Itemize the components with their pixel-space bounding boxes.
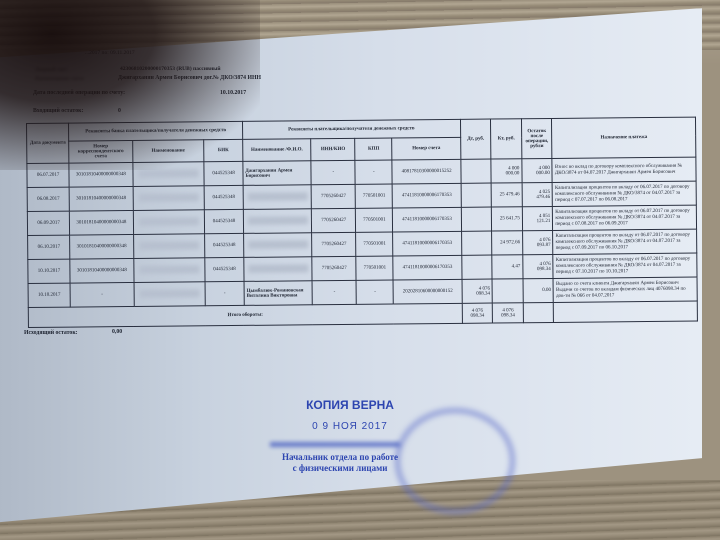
redacted-text — [138, 169, 198, 178]
cell-kpp: 770501001 — [355, 184, 392, 208]
cell-credit: 25 479.46 — [491, 183, 522, 207]
cell-bik: 044525348 — [204, 185, 243, 209]
stamp-signature-name-redacted — [270, 442, 400, 447]
cell-debit: 4 076 098.34 — [462, 279, 493, 303]
cell-purpose: Капитализация процентов по вкладу от 06.… — [553, 205, 697, 230]
cell-purpose: Капитализация процентов по вкладу от 06.… — [553, 229, 697, 254]
col-bank-name: Наименование — [132, 140, 204, 163]
last-operation-label: Дата последней операции по счету: — [33, 90, 125, 96]
stamp-title: КОПИЯ ВЕРНА — [290, 398, 410, 412]
account-name-label: Наименование счета: — [35, 76, 85, 82]
cell-credit: 25 641.75 — [492, 207, 523, 231]
last-operation-value: 10.10.2017 — [220, 90, 246, 96]
cell-balance: 4 025 479.46 — [522, 182, 553, 206]
col-date: Дата документа — [27, 123, 70, 163]
opening-balance-label: Входящий остаток: — [33, 108, 83, 114]
cell-payer-name — [244, 233, 313, 258]
cell-balance: 0.00 — [523, 278, 554, 302]
col-group-payer: Реквизиты плательщика/получателя денежны… — [242, 119, 460, 139]
cell-purpose: Взнос во вклад по договору комплексного … — [552, 157, 696, 182]
redacted-text — [139, 265, 199, 274]
cell-debit — [461, 231, 492, 255]
cell-date: 06.10.2017 — [28, 235, 70, 259]
cell-date: 06.09.2017 — [27, 211, 69, 235]
col-kpp: КПП — [355, 138, 392, 160]
cell-debit — [461, 183, 492, 207]
cell-bik: 044525348 — [205, 257, 244, 281]
totals-credit: 4 076 098.34 — [493, 303, 524, 323]
redacted-text — [248, 264, 308, 273]
totals-debit: 4 076 098.34 — [462, 303, 493, 323]
totals-label: Итого обороты: — [28, 303, 462, 327]
cell-kpp: - — [355, 160, 392, 184]
cell-credit — [492, 279, 523, 303]
cell-account: 47411810000006170353 — [393, 231, 462, 256]
col-bik: БИК — [204, 139, 243, 161]
bank-statement: ...2017 по: 09.11.2017 Лицевой счет: 423… — [0, 0, 720, 540]
redacted-text — [247, 192, 307, 201]
period-line: ...2017 по: 09.11.2017 — [85, 50, 135, 56]
round-seal — [395, 408, 515, 514]
cell-corr-account: 30101810400000000348 — [70, 210, 134, 235]
cell-payer-name: Цымбалюк-Романовская Виталина Викторовна — [244, 281, 313, 306]
cell-payer-name: Джигарханян Армен Борисович — [243, 161, 312, 186]
col-group-bank: Реквизиты банка плательщика/получателя д… — [69, 121, 243, 141]
redacted-text — [139, 217, 199, 226]
cell-account: 47411810000006170353 — [393, 183, 462, 208]
cell-corr-account: 30101810400000000348 — [70, 234, 134, 259]
cell-date: 10.10.2017 — [28, 283, 70, 307]
redacted-text — [248, 240, 308, 249]
cell-debit — [461, 159, 492, 183]
stamp-date: 0 9 НОЯ 2017 — [300, 421, 400, 432]
cell-purpose: Капитализация процентов по вкладу от 06.… — [553, 253, 697, 278]
cell-corr-account: 30101810400000000348 — [69, 162, 133, 187]
cell-inn: - — [312, 280, 356, 304]
cell-bik: 044525348 — [205, 209, 244, 233]
cell-corr-account: 30101810400000000348 — [70, 258, 134, 283]
cell-inn: 7705260427 — [312, 232, 356, 256]
cell-balance: 4 000 000.00 — [522, 158, 553, 182]
cell-bank-name — [133, 234, 205, 259]
cell-corr-account: - — [70, 282, 134, 307]
cell-corr-account: 30101810400000000348 — [69, 186, 133, 211]
cell-bank-name — [133, 210, 205, 235]
cell-credit: 4.47 — [492, 255, 523, 279]
redacted-text — [248, 216, 308, 225]
col-debit: Дт, руб. — [460, 119, 491, 159]
cell-payer-name — [244, 257, 313, 282]
cell-inn: 7705260427 — [311, 184, 355, 208]
cell-balance: 4 076 098.34 — [523, 254, 554, 278]
cell-credit: 4 000 000.00 — [491, 159, 522, 183]
cell-inn: - — [311, 160, 355, 184]
stamp-position: Начальник отдела по работе с физическими… — [270, 452, 410, 474]
cell-inn: 7705260427 — [312, 256, 356, 280]
col-balance: Остаток после операции, рубли — [521, 118, 552, 158]
cell-bank-name — [133, 258, 205, 283]
col-credit: Кт, руб. — [491, 119, 522, 159]
col-corr-account: Номер корреспондентского счета — [69, 140, 133, 163]
cell-debit — [462, 255, 493, 279]
cell-bik: 044525348 — [204, 161, 243, 185]
cell-purpose: Капитализация процентов по вкладу от 06.… — [552, 181, 696, 206]
cell-date: 10.10.2017 — [28, 259, 70, 283]
cell-bik: - — [205, 281, 244, 305]
account-label: Лицевой счет: — [35, 67, 68, 73]
opening-balance-value: 0 — [118, 108, 121, 114]
col-inn: ИНН/КИО — [311, 138, 355, 160]
cell-bank-name — [132, 162, 204, 187]
closing-balance-value: 0,00 — [112, 329, 122, 335]
cell-account: 40817810300000015252 — [392, 159, 461, 184]
cell-kpp: 770501001 — [356, 256, 393, 280]
cell-account: 20202810600000000152 — [393, 279, 462, 304]
col-account: Номер счета — [392, 137, 461, 160]
cell-debit — [461, 207, 492, 231]
cell-purpose: Выдано со счета клиента Джигарханян Арме… — [553, 277, 697, 302]
redacted-text — [139, 289, 199, 298]
cell-kpp: 770501001 — [356, 208, 393, 232]
redacted-text — [139, 241, 199, 250]
account-name-value: Джигарханян Армен Борисович дог.№ ДКО/38… — [118, 75, 261, 81]
cell-date: 06.08.2017 — [27, 187, 69, 211]
col-payer-name: Наименование /Ф.И.О. — [243, 139, 312, 162]
cell-account: 47411810000006170353 — [393, 255, 462, 280]
stamp-position-line2: с физическими лицами — [270, 463, 410, 474]
cell-bank-name — [133, 186, 205, 211]
cell-kpp: 770501001 — [356, 232, 393, 256]
stamp-position-line1: Начальник отдела по работе — [270, 452, 410, 463]
cell-credit: 24 972.66 — [492, 231, 523, 255]
cell-payer-name — [243, 209, 312, 234]
statement-table: Дата документа Реквизиты банка плательщи… — [26, 117, 698, 328]
cell-balance: 4 051 121.21 — [522, 206, 553, 230]
cell-bik: 044525348 — [205, 233, 244, 257]
cell-account: 47411810000006170353 — [393, 207, 462, 232]
closing-balance-label: Исходящий остаток: — [24, 330, 78, 336]
cell-payer-name — [243, 185, 312, 210]
cell-inn: 7705260427 — [312, 208, 356, 232]
cell-bank-name — [134, 282, 206, 307]
account-value: 42306810200000170353 (RUB) пассивный — [120, 66, 221, 72]
cell-kpp: - — [356, 280, 393, 304]
redacted-text — [139, 193, 199, 202]
cell-date: 06.07.2017 — [27, 163, 69, 187]
cell-balance: 4 076 093.87 — [522, 230, 553, 254]
col-purpose: Назначение платежа — [552, 117, 696, 158]
